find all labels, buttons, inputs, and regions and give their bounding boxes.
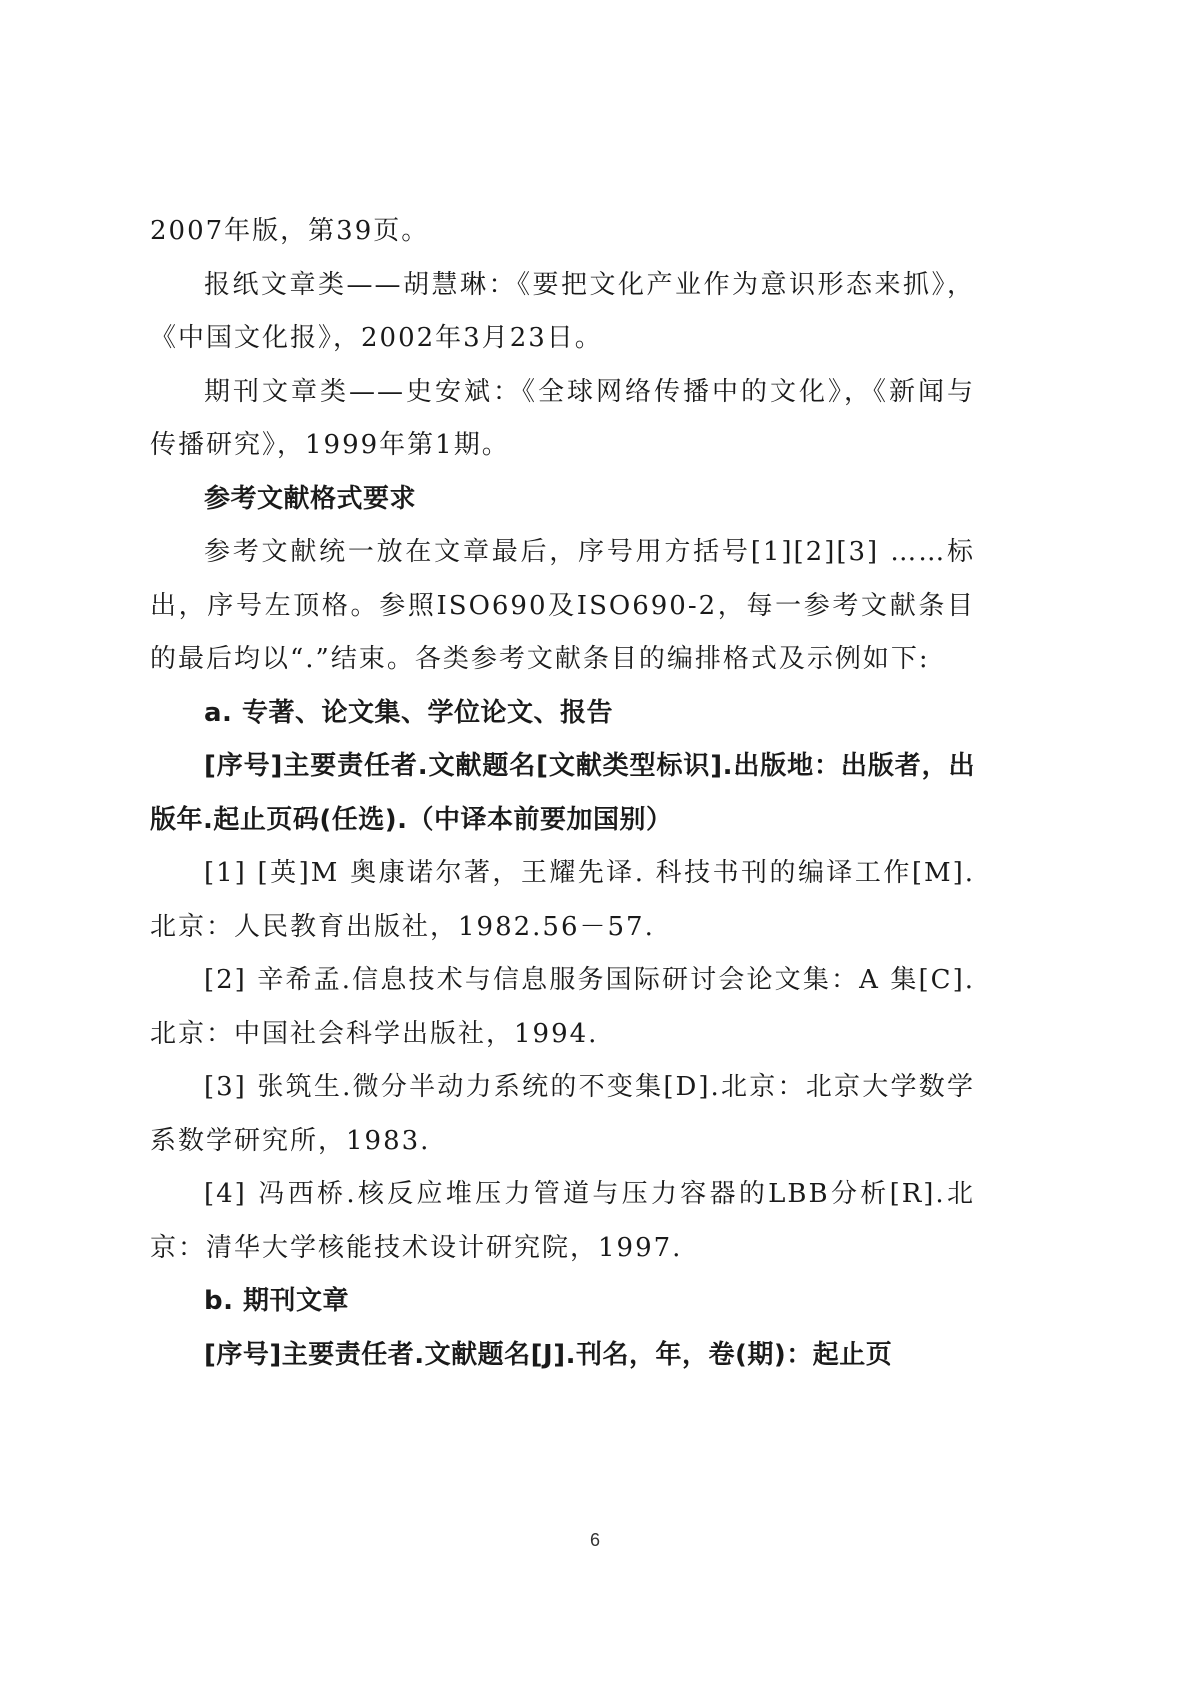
reference-item-4: [4] 冯西桥.核反应堆压力管道与压力容器的LBB分析[R].北京：清华大学核能… bbox=[150, 1168, 975, 1275]
paragraph-newspaper-example: 报纸文章类——胡慧琳：《要把文化产业作为意识形态来抓》，《中国文化报》，2002… bbox=[150, 259, 975, 366]
format-template-journal: [序号]主要责任者.文献题名[J].刊名，年，卷(期)：起止页 bbox=[150, 1329, 975, 1383]
paragraph-journal-example: 期刊文章类——史安斌：《全球网络传播中的文化》，《新闻与传播研究》，1999年第… bbox=[150, 366, 975, 473]
reference-item-2: [2] 辛希孟.信息技术与信息服务国际研讨会论文集：A 集[C].北京：中国社会… bbox=[150, 954, 975, 1061]
paragraph-citation-continuation: 2007年版，第39页。 bbox=[150, 205, 975, 259]
subheading-monographs: a. 专著、论文集、学位论文、报告 bbox=[150, 687, 975, 741]
format-template-monographs: [序号]主要责任者.文献题名[文献类型标识].出版地：出版者，出版年.起止页码(… bbox=[150, 740, 975, 847]
subheading-journal-articles: b. 期刊文章 bbox=[150, 1275, 975, 1329]
paragraph-references-intro: 参考文献统一放在文章最后，序号用方括号[1][2][3] ……标出，序号左顶格。… bbox=[150, 526, 975, 687]
document-body: 2007年版，第39页。 报纸文章类——胡慧琳：《要把文化产业作为意识形态来抓》… bbox=[150, 205, 975, 1382]
section-heading-references: 参考文献格式要求 bbox=[150, 473, 975, 527]
reference-item-1: [1] [英]M 奥康诺尔著，王耀先译. 科技书刊的编译工作[M].北京：人民教… bbox=[150, 847, 975, 954]
reference-item-3: [3] 张筑生.微分半动力系统的不变集[D].北京：北京大学数学系数学研究所，1… bbox=[150, 1061, 975, 1168]
page-number: 6 bbox=[0, 1530, 1190, 1551]
